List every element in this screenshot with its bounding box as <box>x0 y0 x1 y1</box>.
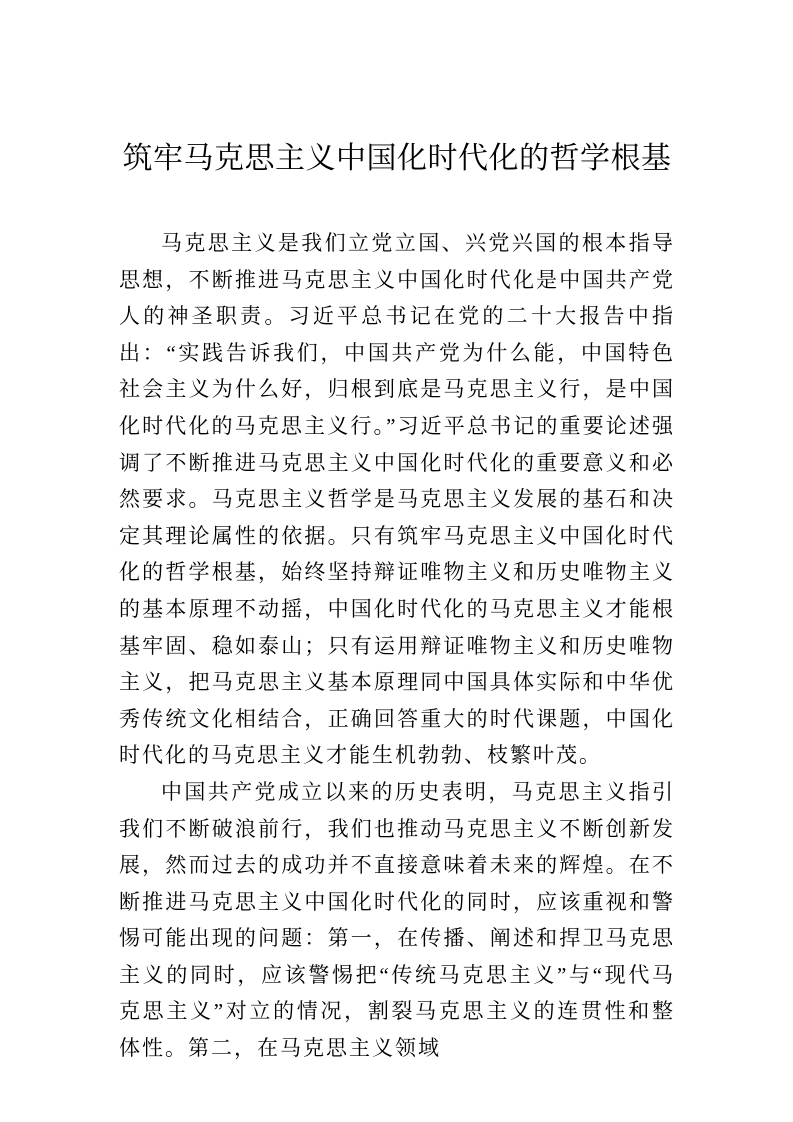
document-title: 筑牢马克思主义中国化时代化的哲学根基 <box>119 143 675 175</box>
paragraph-2: 中国共产党成立以来的历史表明，马克思主义指引我们不断破浪前行，我们也推动马克思主… <box>119 774 675 1067</box>
document-body: 马克思主义是我们立党立国、兴党兴国的根本指导思想，不断推进马克思主义中国化时代化… <box>119 225 675 1067</box>
document-page: 筑牢马克思主义中国化时代化的哲学根基 马克思主义是我们立党立国、兴党兴国的根本指… <box>0 0 793 1122</box>
paragraph-1: 马克思主义是我们立党立国、兴党兴国的根本指导思想，不断推进马克思主义中国化时代化… <box>119 225 675 774</box>
